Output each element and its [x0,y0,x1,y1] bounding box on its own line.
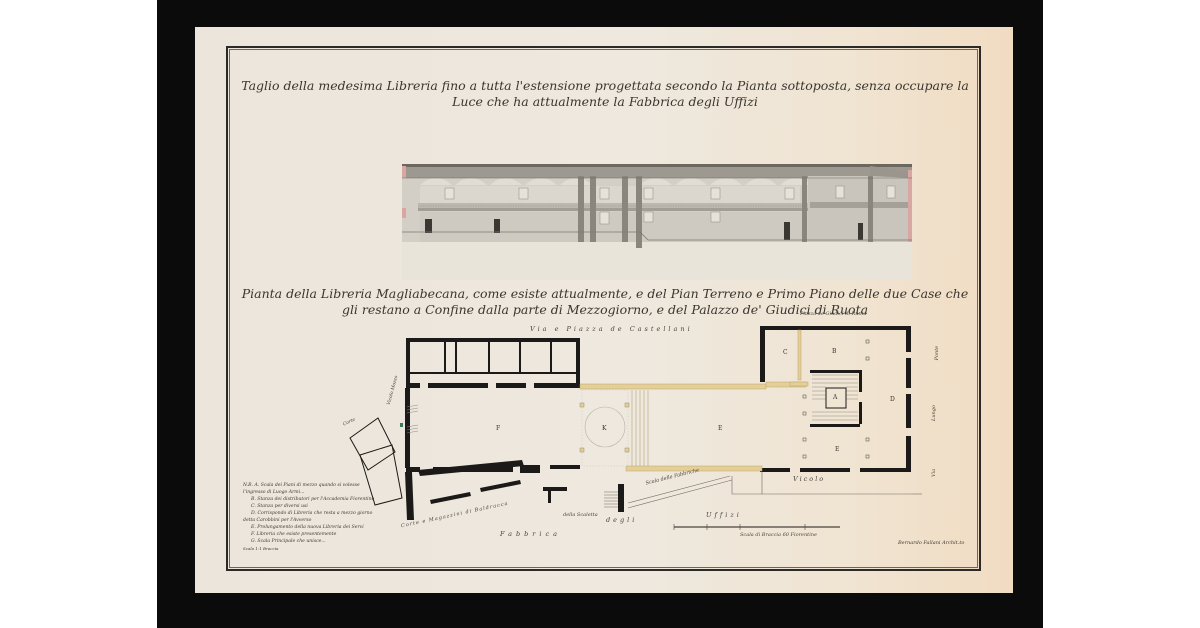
room-label-a: A [833,394,837,401]
legend-line: B. Stanza dei distributori per l'Accadem… [243,496,423,503]
label-via: Via [931,469,937,477]
legend: N.B. A. Scala dei Piani di mezzo quando … [243,482,423,552]
label-della-scaletta: della Scaletta [563,512,598,518]
label-uffizi: Uffizi [706,511,742,519]
label-vicolo: Vicolo [793,475,825,483]
label-degli: degli [606,516,637,524]
room-label-e: E [718,425,722,432]
label-fabbrica: Fabbrica [500,530,561,538]
room-label-f: F [496,425,500,432]
label-via-piazza-castellani: Via e Piazza de Castellani [530,325,693,333]
legend-line: F. Libreria che esiste presentemente [243,531,423,538]
legend-line: D. Corrispondo di Libreria che resta a m… [243,510,423,517]
legend-line: l'ingresso di Luogo Armi... [243,489,423,496]
label-piazza-giudici-ruota: Piazza de Giudici di Ruota [800,311,867,317]
legend-line: G. Scala Principale che unisce... [243,538,423,545]
room-label-d: D [890,396,895,403]
architect-signature: Bernardo Fallani Archit.to [898,540,964,546]
room-label-c: C [783,349,788,356]
floor-plan-drawing [0,0,1200,628]
room-label-e2: E [835,446,839,453]
scale-bar-label: Scala di Braccia 60 Fiorentine [740,532,817,538]
scale-bar [674,524,840,530]
room-label-k: K [602,425,606,432]
label-ponte: Ponte [934,346,940,360]
legend-line: detta Carobbini per l'Avverso [243,517,423,524]
legend-line: N.B. A. Scala dei Piani di mezzo quando … [243,482,423,489]
legend-line: E. Prolungamento della nuova Libreria de… [243,524,423,531]
label-lungo: Lungo [931,405,937,421]
room-label-b: B [832,348,836,355]
legend-line: Scala 1:1 Braccia [243,545,423,552]
legend-line: C. Stanza per diversi usi [243,503,423,510]
